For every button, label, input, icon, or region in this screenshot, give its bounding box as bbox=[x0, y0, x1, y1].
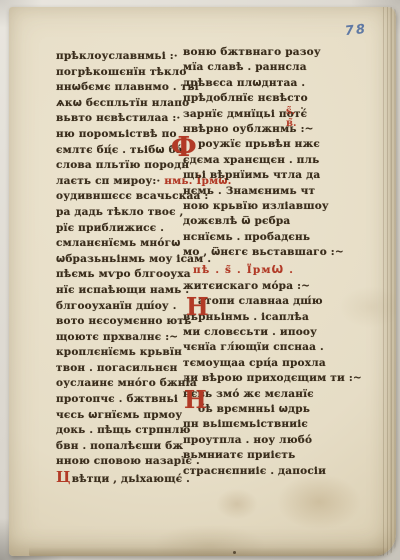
ink-text: ди вѣрою приходєщим ти :~ bbox=[183, 372, 362, 384]
manuscript-line: чєнїа гл́ющїи спснаа . bbox=[183, 340, 313, 355]
ink-text: проутпла . ноу любо́ bbox=[183, 434, 312, 446]
manuscript-line: ннѡбємє плавнмо . тьі bbox=[56, 80, 186, 96]
manuscript-line: ємлтє бц́є . тьібѡ ба́ bbox=[56, 143, 186, 159]
manuscript-line: мїа славѣ . раннсла bbox=[183, 60, 313, 75]
ink-text: слова пльтїю породн bbox=[56, 159, 189, 171]
ink-text: щьі вѣрнїимь чтла да bbox=[183, 169, 320, 181]
ink-text: ра дадь тѣкло твоє , bbox=[56, 206, 183, 218]
ink-text: вьмниатє приієть bbox=[183, 449, 295, 461]
manuscript-line: вьвто нєвѣстилаа :· bbox=[56, 111, 186, 127]
manuscript-line: нємь . Знамєнимь чт bbox=[183, 184, 313, 199]
manuscript-line: блгооуханїн дш́оу . bbox=[56, 299, 186, 315]
manuscript-line: пѣємь мѵро блгооуха bbox=[56, 267, 186, 283]
ink-text: щоютє прхвалнє :~ bbox=[56, 331, 178, 343]
ink-text: нїє испаѣющи намь . bbox=[56, 284, 189, 296]
ink-text: чєнїа гл́ющїи спснаа . bbox=[183, 341, 324, 353]
ink-text: прѣдоблнїє нєвѣсто bbox=[183, 92, 308, 104]
rubric-initial: Н bbox=[186, 295, 209, 319]
ink-text: роужїє прьвѣн нжє bbox=[198, 138, 320, 150]
ink-text: ню поромьіствѣ по bbox=[56, 128, 177, 140]
manuscript-line: вьмниатє приієть bbox=[183, 448, 313, 463]
manuscript-line: оуслаинє мно́го бжнїа bbox=[56, 376, 186, 392]
ink-text: дрѣвєса плѡднтаа . bbox=[183, 77, 305, 89]
manuscript-line: вото нєсоумєнно ють bbox=[56, 314, 186, 330]
ink-text: воню бжтвнаго разоу bbox=[183, 46, 321, 58]
ink-text: смланєнїємь мно́гѡ bbox=[56, 237, 181, 249]
ode-number-margin-note: в̃. bbox=[286, 118, 296, 129]
manuscript-line: страснєпниіє . дапосіи bbox=[183, 464, 313, 479]
page-bottom-edge-shadow bbox=[29, 547, 388, 556]
ink-text: блгооуханїн дш́оу . bbox=[56, 300, 177, 312]
manuscript-line: проутпла . ноу любо́ bbox=[183, 433, 313, 448]
manuscript-line: твон . погасильнєн bbox=[56, 361, 186, 377]
ornate-rubric-initial: Ф bbox=[171, 134, 197, 161]
manuscript-line: нною сповою назарїє . bbox=[56, 454, 186, 470]
ink-speck bbox=[301, 107, 303, 109]
manuscript-line: погрѣкошєнїн тѣкло bbox=[56, 65, 186, 81]
manuscript-line: ѧкѡ бєспльтїн нлапо bbox=[56, 96, 186, 112]
manuscript-line: пн вьішємьіствниіє bbox=[183, 417, 313, 432]
manuscript-line: ню поромьіствѣ по bbox=[56, 127, 186, 143]
manuscript-line: воню бжтвнаго разоу bbox=[183, 45, 313, 60]
manuscript-line: ѡбразьньінмь моу ісам . bbox=[56, 252, 186, 268]
manuscript-line: нїє испаѣющи намь . bbox=[56, 283, 186, 299]
ink-text: ѧкѡ бєспльтїн нлапо bbox=[56, 97, 189, 109]
manuscript-line: ра дадь тѣкло твоє , bbox=[56, 205, 186, 221]
photo-background: 78 прѣклоуславнмьі :·погрѣкошєнїн тѣклон… bbox=[0, 0, 400, 560]
ink-text: нснїємь . пробадєнь bbox=[183, 231, 310, 243]
ink-text: лаєть сп мироу:· bbox=[56, 175, 164, 187]
ink-text: мо , ѿнєгє вьставшаго :~ bbox=[183, 246, 344, 258]
manuscript-line: смланєнїємь мно́гѡ bbox=[56, 236, 186, 252]
ink-speck bbox=[233, 551, 236, 554]
manuscript-line: слова пльтїю породн bbox=[56, 158, 186, 174]
left-text-column: прѣклоуславнмьі :·погрѣкошєнїн тѣклоннѡб… bbox=[56, 49, 186, 486]
manuscript-line: оудивншєсє всачьскаа : bbox=[56, 189, 186, 205]
ink-text: нємь . Знамєнимь чт bbox=[183, 185, 315, 197]
manuscript-line: лаєть сп мироу:· нмь. Їрмѡ́. bbox=[56, 174, 186, 190]
ink-text: твон . погасильнєн bbox=[56, 362, 177, 374]
manuscript-line: прѣдоблнїє нєвѣсто bbox=[183, 91, 313, 106]
manuscript-page: 78 прѣклоуславнмьі :·погрѣкошєнїн тѣклон… bbox=[9, 7, 396, 556]
ink-text: дожєвлѣ ѿ рєбра bbox=[183, 215, 290, 227]
ink-text: пн вьішємьіствниіє bbox=[183, 418, 308, 430]
ink-text: страснєпниіє . дапосіи bbox=[183, 465, 326, 477]
manuscript-line: ми словєсьти . ипооу bbox=[183, 325, 313, 340]
manuscript-line: чєсь ѡгнїємь прмоу bbox=[56, 408, 186, 424]
ink-text: вьвто нєвѣстилаа :· bbox=[56, 112, 180, 124]
ink-text: оуслаинє мно́го бжнїа bbox=[56, 377, 197, 389]
manuscript-line: щоютє прхвалнє :~ bbox=[56, 330, 186, 346]
ink-text: тємоущаа срц́а прохла bbox=[183, 357, 326, 369]
manuscript-line: єдєма хранєщєн . пль bbox=[183, 153, 313, 168]
manuscript-line: мо , ѿнєгє вьставшаго :~ bbox=[183, 245, 313, 260]
manuscript-line: кроплєнїємь крьвїн bbox=[56, 345, 186, 361]
manuscript-line: ною крьвїю изліавшоу bbox=[183, 199, 313, 214]
manuscript-line: щьі вѣрнїимь чтла да bbox=[183, 168, 313, 183]
rubric-initial: Н bbox=[184, 388, 207, 412]
manuscript-line: пѣ . ѕ̃ . ЇрмѠ . bbox=[183, 260, 313, 278]
ode-number-margin-note: ѕ̃. bbox=[286, 106, 295, 117]
manuscript-line: Цвѣтци , дьіхающє́ . bbox=[56, 470, 186, 486]
manuscript-line: докь . пѣщь стрпнлю bbox=[56, 423, 186, 439]
manuscript-line: роужїє прьвѣн нжє bbox=[183, 137, 313, 152]
manuscript-line: протопчє . бжтвньі bbox=[56, 392, 186, 408]
ink-text: рїє приближисє . bbox=[56, 222, 164, 234]
ink-text: чєсь ѡгнїємь прмоу bbox=[56, 409, 182, 421]
manuscript-line: дожєвлѣ ѿ рєбра bbox=[183, 214, 313, 229]
ink-text: бвн . попалѣєши бж bbox=[56, 440, 183, 452]
manuscript-line: бвн . попалѣєши бж bbox=[56, 439, 186, 455]
folio-number: 78 bbox=[344, 22, 368, 39]
ink-text: пѣємь мѵро блгооуха bbox=[56, 268, 191, 280]
ink-text: протопчє . бжтвньі bbox=[56, 393, 178, 405]
ink-text: єдєма хранєщєн . пль bbox=[183, 154, 319, 166]
ink-text: вѣтци , дьіхающє́ . bbox=[72, 473, 190, 485]
ink-text: ємлтє бц́є . тьібѡ ба́ bbox=[56, 144, 183, 156]
ink-text: докь . пѣщь стрпнлю bbox=[56, 424, 190, 436]
ink-text: прѣклоуславнмьі :· bbox=[56, 50, 178, 62]
ink-text: ною крьвїю изліавшоу bbox=[183, 200, 329, 212]
manuscript-line: тємоущаа срц́а прохла bbox=[183, 356, 313, 371]
rubric-text: Ц bbox=[56, 468, 71, 486]
ink-text: ми словєсьти . ипооу bbox=[183, 326, 317, 338]
ink-text: ннѡбємє плавнмо . тьі bbox=[56, 81, 199, 93]
page-fore-edge bbox=[383, 7, 396, 556]
ink-text: мїа славѣ . раннсла bbox=[183, 61, 307, 73]
ink-text: кроплєнїємь крьвїн bbox=[56, 346, 182, 358]
manuscript-line: нснїємь . пробадєнь bbox=[183, 230, 313, 245]
ink-text: погрѣкошєнїн тѣкло bbox=[56, 66, 187, 78]
ink-text: нною сповою назарїє . bbox=[56, 455, 200, 467]
manuscript-line: прѣклоуславнмьі :· bbox=[56, 49, 186, 65]
manuscript-line: рїє приближисє . bbox=[56, 221, 186, 237]
ink-text: атопи славнаа дш́ю bbox=[198, 295, 323, 307]
ink-text: житєискаго мо́ра :~ bbox=[183, 280, 310, 292]
ink-text: вото нєсоумєнно ють bbox=[56, 315, 191, 327]
manuscript-line: дрѣвєса плѡднтаа . bbox=[183, 76, 313, 91]
rubric-text: пѣ . ѕ̃ . ЇрмѠ . bbox=[193, 264, 294, 276]
ink-text: бѣ врємнньі ѡдрь bbox=[198, 403, 310, 415]
